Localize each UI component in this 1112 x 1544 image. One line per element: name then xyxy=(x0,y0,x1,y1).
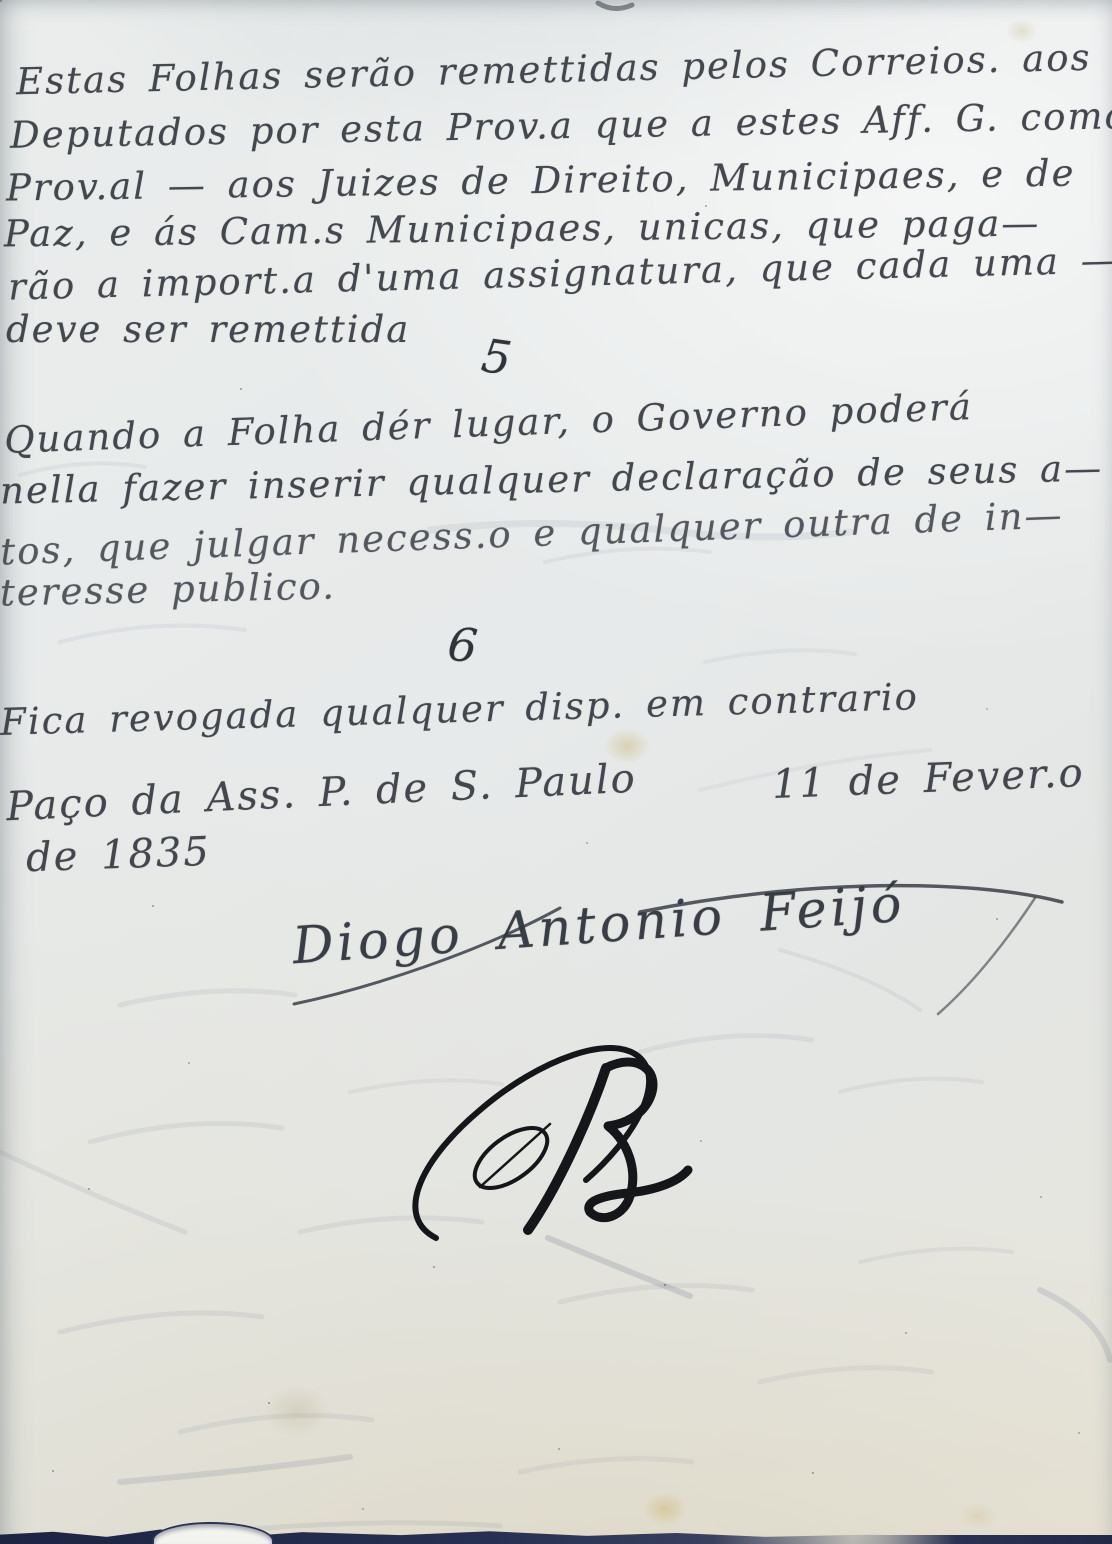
paper-stain xyxy=(952,1498,1004,1534)
manuscript-line: teresse publico. xyxy=(0,564,336,614)
paper-stain xyxy=(252,1376,342,1446)
manuscript-line: Prov.al — aos Juizes de Direito, Municip… xyxy=(6,152,1076,210)
manuscript-line: Fica revogada qualquer disp. em contrari… xyxy=(0,675,919,744)
dateline-year: de 1835 xyxy=(25,829,211,881)
rubric-paraph-r xyxy=(388,1012,728,1242)
manuscript-line: Deputados por esta Prov.a que a estes Af… xyxy=(10,94,1112,157)
scan-edge-strip xyxy=(0,1527,890,1544)
paper-speckles xyxy=(0,0,2,2)
manuscript-page: Estas Folhas serão remettidas pelos Corr… xyxy=(0,0,1112,1544)
signature-diogo-antonio-feijo: Diogo Antonio Feijó xyxy=(291,875,908,977)
dateline-place: Paço da Ass. P. de S. Paulo xyxy=(5,756,637,831)
scan-edge-blob xyxy=(152,1522,274,1544)
manuscript-line: Quando a Folha dér lugar, o Governo pode… xyxy=(4,385,974,462)
manuscript-line: Estas Folhas serão remettidas pelos Corr… xyxy=(16,36,1092,103)
paper-stain xyxy=(636,1486,694,1532)
manuscript-line: deve ser remettida xyxy=(6,308,410,351)
section-number-5: 5 xyxy=(478,328,515,386)
dateline-day: 11 de Fever.o xyxy=(771,750,1085,808)
section-number-6: 6 xyxy=(445,617,480,674)
scan-edge-strip-right xyxy=(852,1535,1112,1544)
